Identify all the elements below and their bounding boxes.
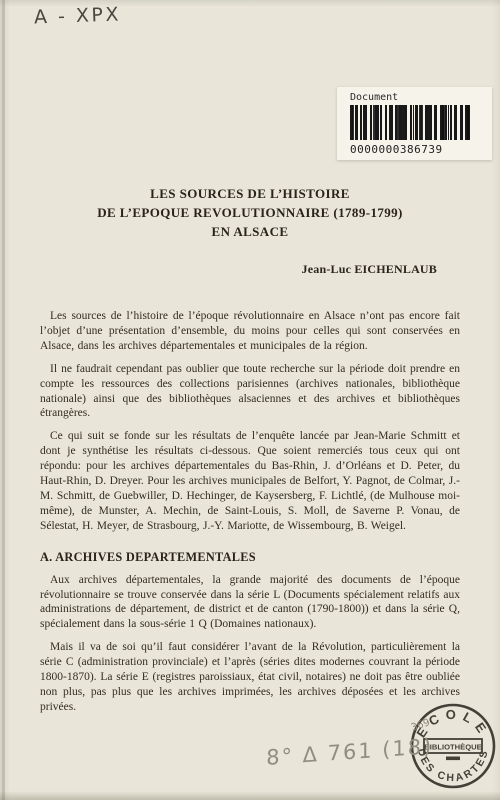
author-name: Jean-Luc EICHENLAUB (302, 262, 437, 277)
article-title: LES SOURCES DE L’HISTOIRE DE L’EPOQUE RE… (0, 184, 500, 241)
barcode-label-title: Document (350, 92, 492, 103)
article-title-line: EN ALSACE (0, 222, 500, 241)
paragraph: Les sources de l’histoire de l’époque ré… (40, 309, 460, 354)
barcode-number: 0000000386739 (350, 143, 492, 156)
article-body: Les sources de l’histoire de l’époque ré… (40, 309, 460, 723)
article-title-line: LES SOURCES DE L’HISTOIRE (0, 184, 500, 203)
handwritten-shelfmark-top: A - XPX (34, 3, 122, 28)
paragraph: Mais il va de soi qu’il faut considérer … (40, 640, 460, 715)
section-heading: A. ARCHIVES DEPARTEMENTALES (40, 550, 460, 565)
paragraph: Ce qui suit se fonde sur les résultats d… (40, 429, 460, 533)
scanned-document-page: A - XPX Document 0000000386739 LES SOURC… (0, 0, 500, 800)
barcode-icon (350, 105, 470, 140)
article-title-line: DE L’EPOQUE REVOLUTIONNAIRE (1789-1799) (0, 203, 500, 222)
scan-edge-shadow (2, 0, 5, 800)
barcode-label: Document 0000000386739 (337, 87, 492, 160)
stamp-center-mark (446, 757, 460, 761)
paragraph: Aux archives départementales, la grande … (40, 573, 460, 633)
paragraph: Il ne faudrait cependant pas oublier que… (40, 362, 460, 422)
